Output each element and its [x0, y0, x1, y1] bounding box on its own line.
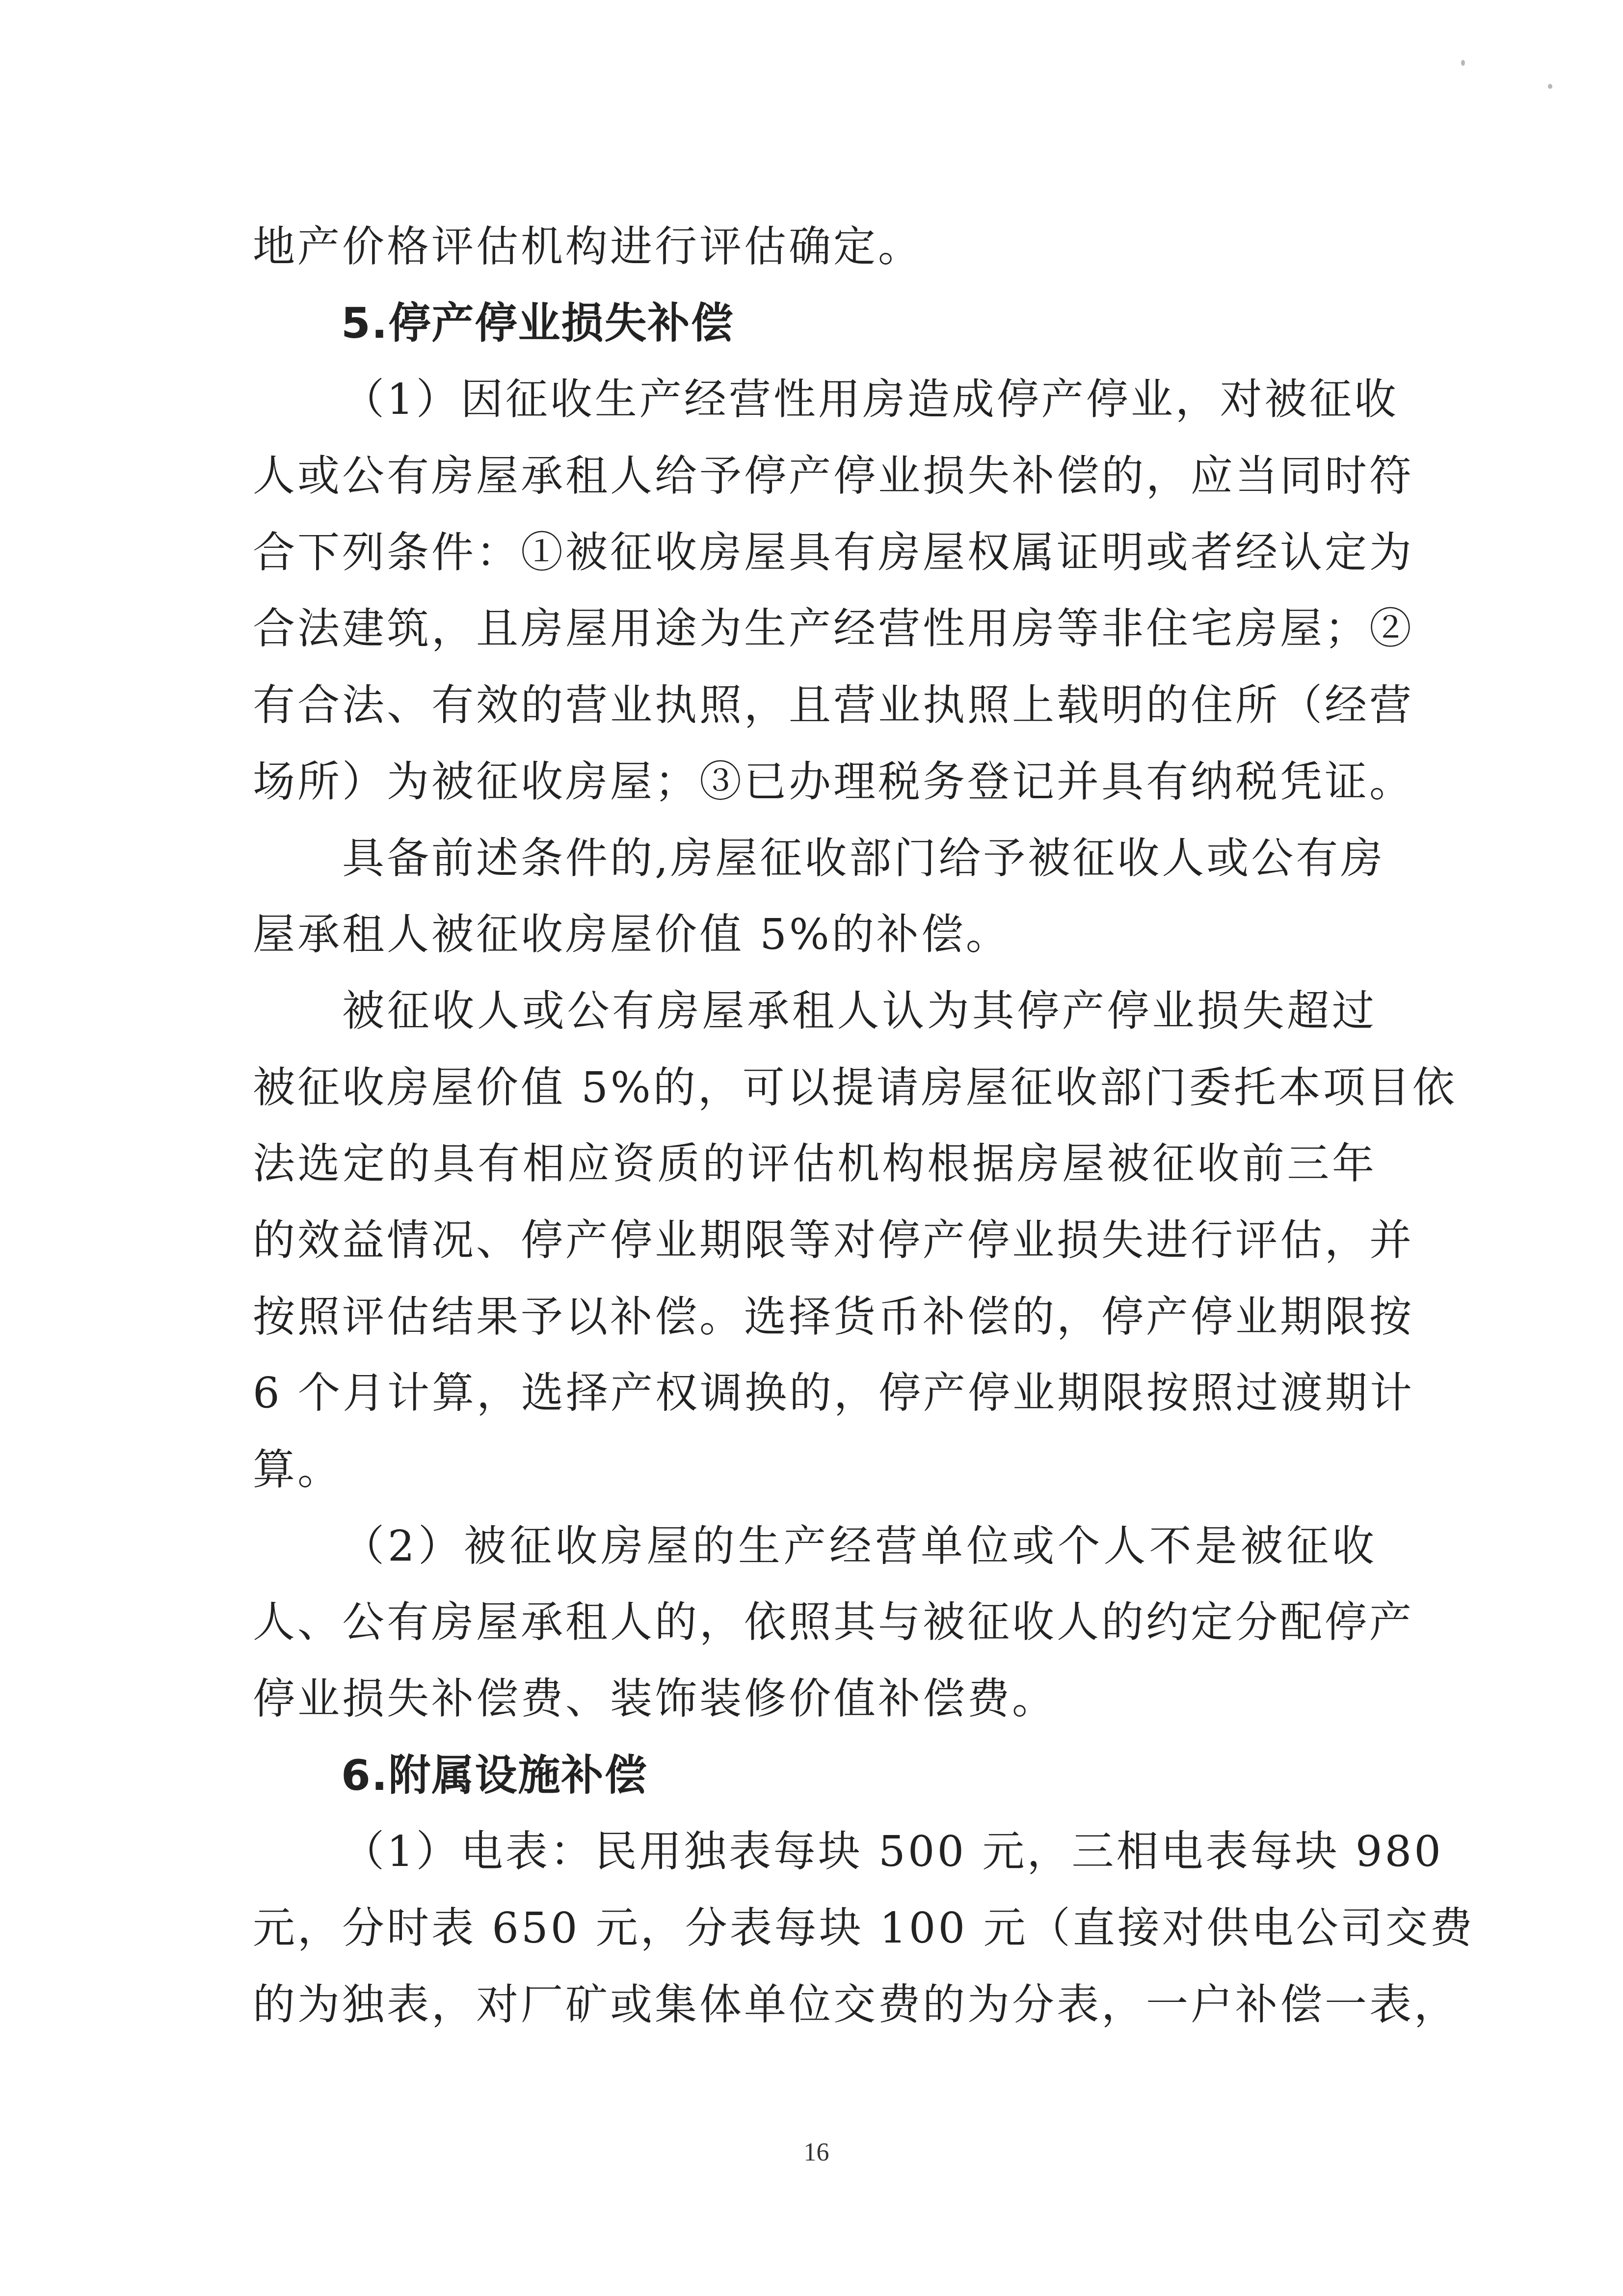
- text-line: 算。: [253, 1432, 1382, 1509]
- text-line: 被征收房屋价值 5%的，可以提请房屋征收部门委托本项目依: [253, 1050, 1377, 1127]
- text-line: 按照评估结果予以补偿。选择货币补偿的，停产停业期限按: [253, 1279, 1377, 1356]
- text-line: 元，分时表 650 元，分表每块 100 元（直接对供电公司交费: [253, 1891, 1377, 1967]
- text-line: 被征收人或公有房屋承租人认为其停产停业损失超过: [253, 973, 1377, 1050]
- text-line: 屋承租人被征收房屋价值 5%的补偿。: [253, 897, 1382, 973]
- text-line: （1）因征收生产经营性用房造成停产停业，对被征收: [253, 362, 1377, 438]
- section-heading: 5.停产停业损失补偿: [253, 286, 1382, 362]
- section-heading: 6.附属设施补偿: [253, 1738, 1382, 1814]
- body-text: 地产价格评估机构进行评估确定。 5.停产停业损失补偿 （1）因征收生产经营性用房…: [253, 209, 1382, 2044]
- text-line: 有合法、有效的营业执照，且营业执照上载明的住所（经营: [253, 668, 1377, 744]
- text-line: 合法建筑，且房屋用途为生产经营性用房等非住宅房屋；②: [253, 591, 1377, 668]
- scan-speck: [1548, 84, 1552, 89]
- text-line: （2）被征收房屋的生产经营单位或个人不是被征收: [253, 1509, 1377, 1585]
- text-line: 人或公有房屋承租人给予停产停业损失补偿的，应当同时符: [253, 438, 1377, 515]
- text-line: 具备前述条件的,房屋征收部门给予被征收人或公有房: [253, 821, 1377, 897]
- scan-speck: [1461, 60, 1465, 66]
- text-line: 的为独表，对厂矿或集体单位交费的为分表，一户补偿一表，: [253, 1967, 1377, 2044]
- page-number: 16: [0, 2138, 1623, 2167]
- text-line: 人、公有房屋承租人的，依照其与被征收人的约定分配停产: [253, 1585, 1377, 1661]
- text-line: 停业损失补偿费、装饰装修价值补偿费。: [253, 1661, 1382, 1738]
- text-line: 法选定的具有相应资质的评估机构根据房屋被征收前三年: [253, 1126, 1377, 1203]
- text-line: 地产价格评估机构进行评估确定。: [253, 209, 1382, 286]
- text-line: （1）电表：民用独表每块 500 元，三相电表每块 980: [253, 1814, 1377, 1891]
- document-page: 地产价格评估机构进行评估确定。 5.停产停业损失补偿 （1）因征收生产经营性用房…: [0, 0, 1623, 2296]
- text-line: 场所）为被征收房屋；③已办理税务登记并具有纳税凭证。: [253, 744, 1377, 821]
- text-line: 6 个月计算，选择产权调换的，停产停业期限按照过渡期计: [253, 1355, 1377, 1432]
- text-line: 的效益情况、停产停业期限等对停产停业损失进行评估，并: [253, 1203, 1377, 1279]
- text-line: 合下列条件：①被征收房屋具有房屋权属证明或者经认定为: [253, 515, 1377, 592]
